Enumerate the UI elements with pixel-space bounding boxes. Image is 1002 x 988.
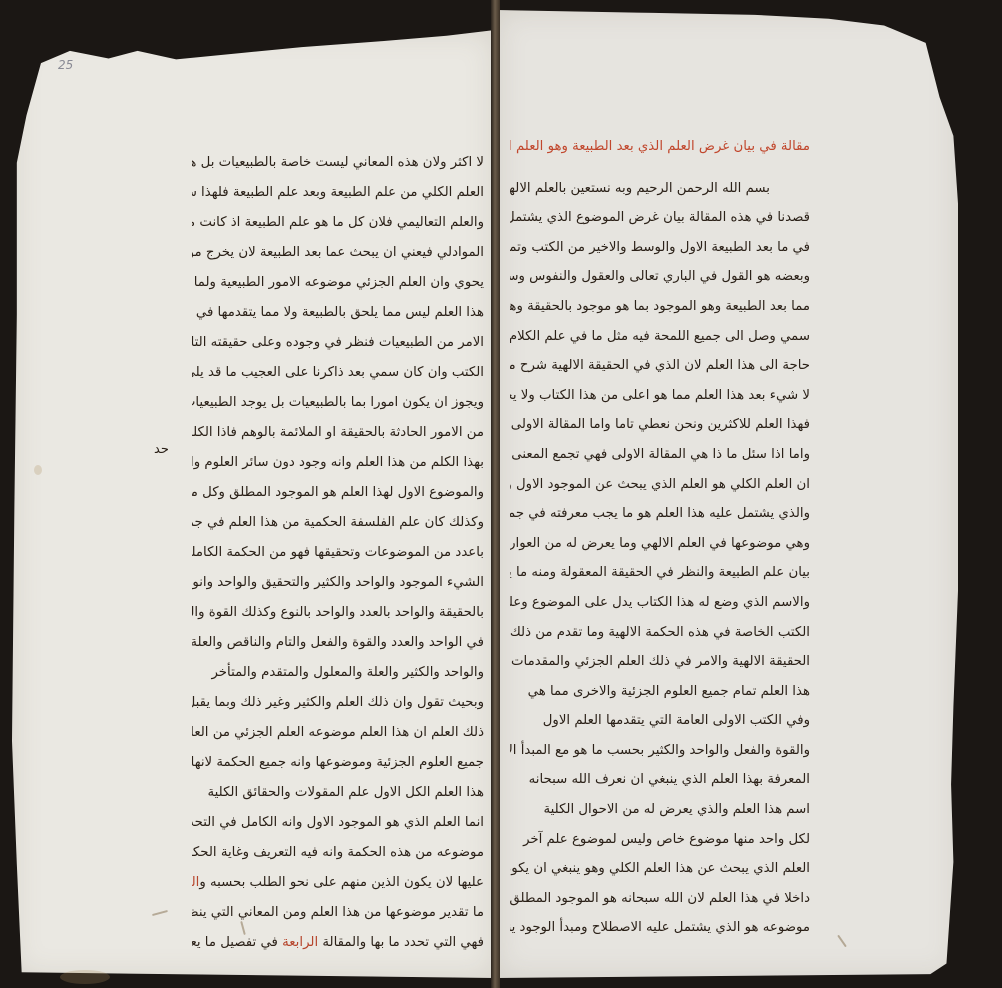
manuscript-line: الكتب وان كان سمي بعد ذاكرنا على العجيب … <box>192 358 484 388</box>
manuscript-line: والذي يشتمل عليه هذا العلم هو ما يجب معر… <box>510 499 810 529</box>
manuscript-line: الكتب الخاصة في هذه الحكمة الالهية وما ت… <box>510 618 810 648</box>
manuscript-line: انما العلم الذي هو الموجود الاول وانه ال… <box>192 808 484 838</box>
manuscript-line: وفي الكتب الاولى العامة التي يتقدمها الع… <box>510 706 810 736</box>
manuscript-line: هذا العلم الكل الاول علم المقولات والحقا… <box>192 778 484 808</box>
manuscript-line: والعلم التعاليمي فلان كل ما هو علم الطبي… <box>192 208 484 238</box>
book-gutter <box>491 0 500 988</box>
manuscript-line: ذلك العلم ان هذا العلم موضوعه العلم الجز… <box>192 718 484 748</box>
manuscript-line: وبعضه هو القول في الباري تعالى والعقول و… <box>510 262 810 292</box>
manuscript-line: من الامور الحادثة بالحقيقة او الملائمة ب… <box>192 418 484 448</box>
left-page-text: لا اكثر ولان هذه المعاني ليست خاصة بالطب… <box>192 148 484 958</box>
manuscript-line: بيان علم الطبيعة والنظر في الحقيقة المعق… <box>510 558 810 588</box>
manuscript-line: والاسم الذي وضع له هذا الكتاب يدل على ال… <box>510 588 810 618</box>
manuscript-line: ان العلم الكلي هو العلم الذي يبحث عن الم… <box>510 470 810 500</box>
manuscript-line: باعدد من الموضوعات وتحقيقها فهو من الحكم… <box>192 538 484 568</box>
manuscript-line: وبحيث تقول وان ذلك العلم والكثير وغير ذل… <box>192 688 484 718</box>
manuscript-line: لا اكثر ولان هذه المعاني ليست خاصة بالطب… <box>192 148 484 178</box>
folio-number: 25 <box>58 58 73 72</box>
manuscript-line: فهي التي تحدد ما بها والمقالة الرابعة في… <box>192 928 484 958</box>
right-page-text: مقالة في بيان غرض العلم الذي بعد الطبيعة… <box>510 132 810 943</box>
manuscript-line: المعرفة بهذا العلم الذي ينبغي ان نعرف ال… <box>510 765 810 795</box>
manuscript-line: داخلا في هذا العلم لان الله سبحانه هو ال… <box>510 884 810 914</box>
manuscript-line: عليها لان يكون الذين منهم على نحو الطلب … <box>192 868 484 898</box>
manuscript-line: وكذلك كان علم الفلسفة الحكمية من هذا الع… <box>192 508 484 538</box>
manuscript-line: واما اذا سئل ما ذا هي المقالة الاولى فهي… <box>510 440 810 470</box>
manuscript-line: الشيء الموجود والواحد والكثير والتحقيق و… <box>192 568 484 598</box>
manuscript-line: جميع العلوم الجزئية وموضوعها وانه جميع ا… <box>192 748 484 778</box>
manuscript-line: اسم هذا العلم والذي يعرض له من الاحوال ا… <box>510 795 810 825</box>
manuscript-line: لكل واحد منها موضوع خاص وليس لموضوع علم … <box>510 825 810 855</box>
red-ink-word: الرابعة <box>282 935 318 950</box>
manuscript-line: يحوي وان العلم الجزئي موضوعه الامور الطب… <box>192 268 484 298</box>
manuscript-line: بهذا الكلم من هذا العلم وانه وجود دون سا… <box>192 448 484 478</box>
basmala: بسم الله الرحمن الرحيم وبه نستعين بالعلم… <box>510 174 810 204</box>
manuscript-line: العلم الكلي من علم الطبيعة وبعد علم الطب… <box>192 178 484 208</box>
manuscript-line: موضوعه هو الذي يشتمل عليه الاصطلاح ومبدأ… <box>510 913 810 943</box>
red-ink-word: المقالات <box>192 875 199 890</box>
manuscript-line: والموضوع الاول لهذا العلم هو الموجود الم… <box>192 478 484 508</box>
manuscript-line: ما تقدير موضوعها من هذا العلم ومن المعان… <box>192 898 484 928</box>
rubric-heading: مقالة في بيان غرض العلم الذي بعد الطبيعة… <box>510 132 810 162</box>
manuscript-spread: 25 حد لا اكثر ولان هذه المعاني ليست خاصة… <box>0 0 1002 988</box>
manuscript-line: في ما بعد الطبيعة الاول والوسط والاخير م… <box>510 233 810 263</box>
manuscript-line: لا شيء بعد هذا العلم مما هو اعلى من هذا … <box>510 381 810 411</box>
manuscript-line: ويجوز ان يكون امورا بما بالطبيعيات بل يو… <box>192 388 484 418</box>
margin-note: حد <box>154 442 169 457</box>
paper-stain <box>60 970 110 984</box>
manuscript-line: العلم الذي يبحث عن هذا العلم الكلي وهو ي… <box>510 854 810 884</box>
manuscript-line: مما بعد الطبيعة وهو الموجود بما هو موجود… <box>510 292 810 322</box>
manuscript-line: الموادلي فيعني ان يبحث عما بعد الطبيعة ل… <box>192 238 484 268</box>
manuscript-line: بالحقيقة والواحد بالعدد والواحد بالنوع و… <box>192 598 484 628</box>
manuscript-line: في الواحد والعدد والقوة والفعل والتام وا… <box>192 628 484 658</box>
manuscript-line: والقوة والفعل والواحد والكثير بحسب ما هو… <box>510 736 810 766</box>
manuscript-line: فهذا العلم للاكثرين ونحن نعطي تاما واما … <box>510 410 810 440</box>
manuscript-line: سمي وصل الى جميع اللمحة فيه مثل ما في عل… <box>510 322 810 352</box>
manuscript-line: قصدنا في هذه المقالة بيان غرض الموضوع ال… <box>510 203 810 233</box>
paper-stain <box>34 465 42 475</box>
manuscript-line: وهي موضوعها في العلم الالهي وما يعرض له … <box>510 529 810 559</box>
manuscript-line: حاجة الى هذا العلم لان الذي في الحقيقة ا… <box>510 351 810 381</box>
manuscript-line: والواحد والكثير والعلة والمعلول والمتقدم… <box>192 658 484 688</box>
manuscript-line: هذا العلم ليس مما يلحق بالطبيعة ولا مما … <box>192 298 484 328</box>
manuscript-line: الحقيقة الالهية والامر في ذلك العلم الجز… <box>510 647 810 677</box>
manuscript-line: هذا العلم تمام جميع العلوم الجزئية والاخ… <box>510 677 810 707</box>
manuscript-line: الامر من الطبيعيات فنظر في وجوده وعلى حق… <box>192 328 484 358</box>
manuscript-line: موضوعه من هذه الحكمة وانه فيه التعريف وغ… <box>192 838 484 868</box>
